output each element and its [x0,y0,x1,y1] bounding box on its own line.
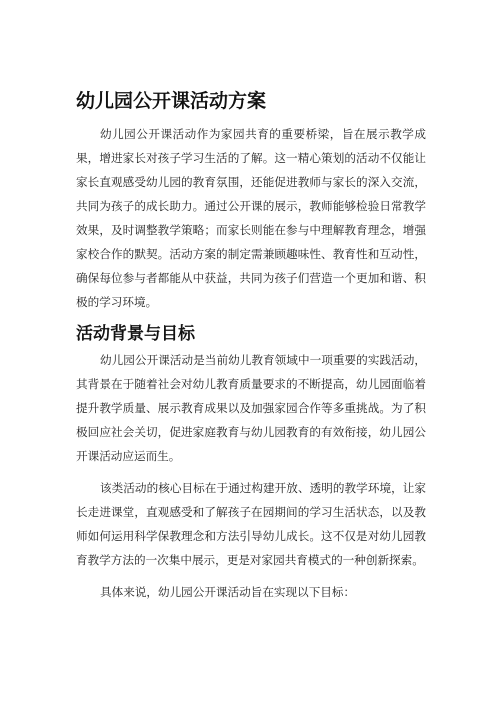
goals-intro-paragraph: 具体来说，幼儿园公开课活动旨在实现以下目标： [76,580,426,604]
document-title: 幼儿园公开课活动方案 [76,88,426,114]
document-page: 幼儿园公开课活动方案 幼儿园公开课活动作为家园共育的重要桥梁，旨在展示教学成果，… [76,88,426,604]
goal-paragraph: 该类活动的核心目标在于通过构建开放、透明的教学环境，让家长走进课堂，直观感受和了… [76,476,426,572]
section-heading: 活动背景与目标 [76,322,426,346]
background-paragraph: 幼儿园公开课活动是当前幼儿教育领域中一项重要的实践活动，其背景在于随着社会对幼儿… [76,348,426,468]
section-background-goals: 活动背景与目标 幼儿园公开课活动是当前幼儿教育领域中一项重要的实践活动，其背景在… [76,322,426,604]
intro-paragraph: 幼儿园公开课活动作为家园共育的重要桥梁，旨在展示教学成果，增进家长对孩子学习生活… [76,122,426,314]
